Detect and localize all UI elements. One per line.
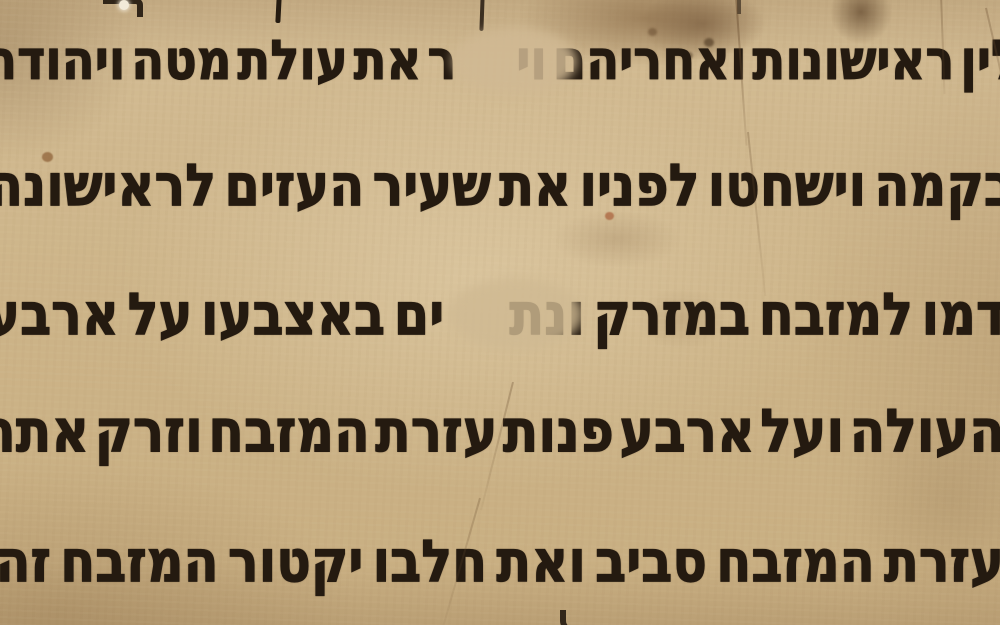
cut-letter-stroke-top (103, 0, 143, 17)
hebrew-word: וי (516, 29, 547, 93)
hebrew-word: יקטור (228, 528, 363, 595)
hebrew-word: ראישונות (753, 29, 955, 93)
text-line-2: בקמהוישחטולפניואתשעירהעזיםלראישונה (0, 146, 1000, 226)
manuscript-photo: ליןראישונותואחריהםויראתעולתמטהויהודה בקמ… (0, 0, 1000, 625)
hebrew-word: המזבח (60, 528, 219, 595)
hebrew-word: העולה (850, 398, 1000, 466)
hebrew-word: לין (960, 29, 1000, 93)
hebrew-word: חלבו (373, 528, 488, 595)
cut-letter-stroke-bottom (560, 610, 580, 625)
hebrew-word: המזבח (716, 528, 875, 595)
hebrew-word: ויהודה (0, 29, 125, 93)
hebrew-word: את (354, 29, 422, 93)
hebrew-word: לראישונה (0, 152, 216, 219)
text-line-5: עזרתהמזבחסביבואתחלבויקטורהמזבחזהו (0, 522, 1000, 602)
hebrew-word: את (499, 152, 571, 219)
hebrew-word: עולת (238, 29, 348, 93)
hebrew-word: ים (394, 281, 445, 348)
text-line-3: דמולמזבחבמזרקונתיםבאצבעועלארבע (0, 275, 1000, 355)
hebrew-word: ועל (760, 398, 844, 466)
hebrew-word: וישחטו (708, 152, 866, 219)
hebrew-word: וזרק (95, 398, 203, 466)
hebrew-word: מטה (131, 29, 231, 93)
hebrew-word: זהו (0, 528, 51, 595)
hebrew-word: במזרק (593, 281, 750, 348)
hebrew-word: בקמה (874, 152, 1000, 219)
hebrew-word: למזבח (759, 281, 913, 348)
hebrew-word: ארבע (619, 398, 755, 466)
white-speck-hole (119, 0, 129, 10)
hebrew-word: המזבח (208, 398, 370, 466)
hebrew-word: לפניו (579, 152, 699, 219)
cut-letter-stroke-top (737, 0, 741, 14)
hebrew-word: סביב (595, 528, 707, 595)
text-line-1: ליןראישונותואחריהםויראתעולתמטהויהודה (0, 21, 1000, 101)
hebrew-word: עזרת (884, 528, 1000, 595)
hebrew-word: ואת (496, 528, 585, 595)
hebrew-word: פנות (503, 398, 614, 466)
hebrew-word: דמו (922, 281, 1000, 348)
cut-letter-stroke-top (275, 0, 281, 23)
hebrew-word: העזים (224, 152, 364, 219)
hebrew-word: ר (427, 29, 456, 93)
hebrew-word: שעיר (373, 152, 491, 219)
hebrew-word: ונת (509, 281, 584, 348)
hebrew-word: ארבע (0, 281, 119, 348)
hebrew-word: באצבעו (201, 281, 385, 348)
hebrew-word: עזרת (375, 398, 497, 466)
hebrew-word: ואחריהם (553, 29, 747, 93)
text-line-4: העולהועלארבעפנותעזרתהמזבחוזרקאתה (0, 392, 1000, 472)
hebrew-word: על (128, 281, 193, 348)
hebrew-word: אתה (0, 398, 89, 466)
